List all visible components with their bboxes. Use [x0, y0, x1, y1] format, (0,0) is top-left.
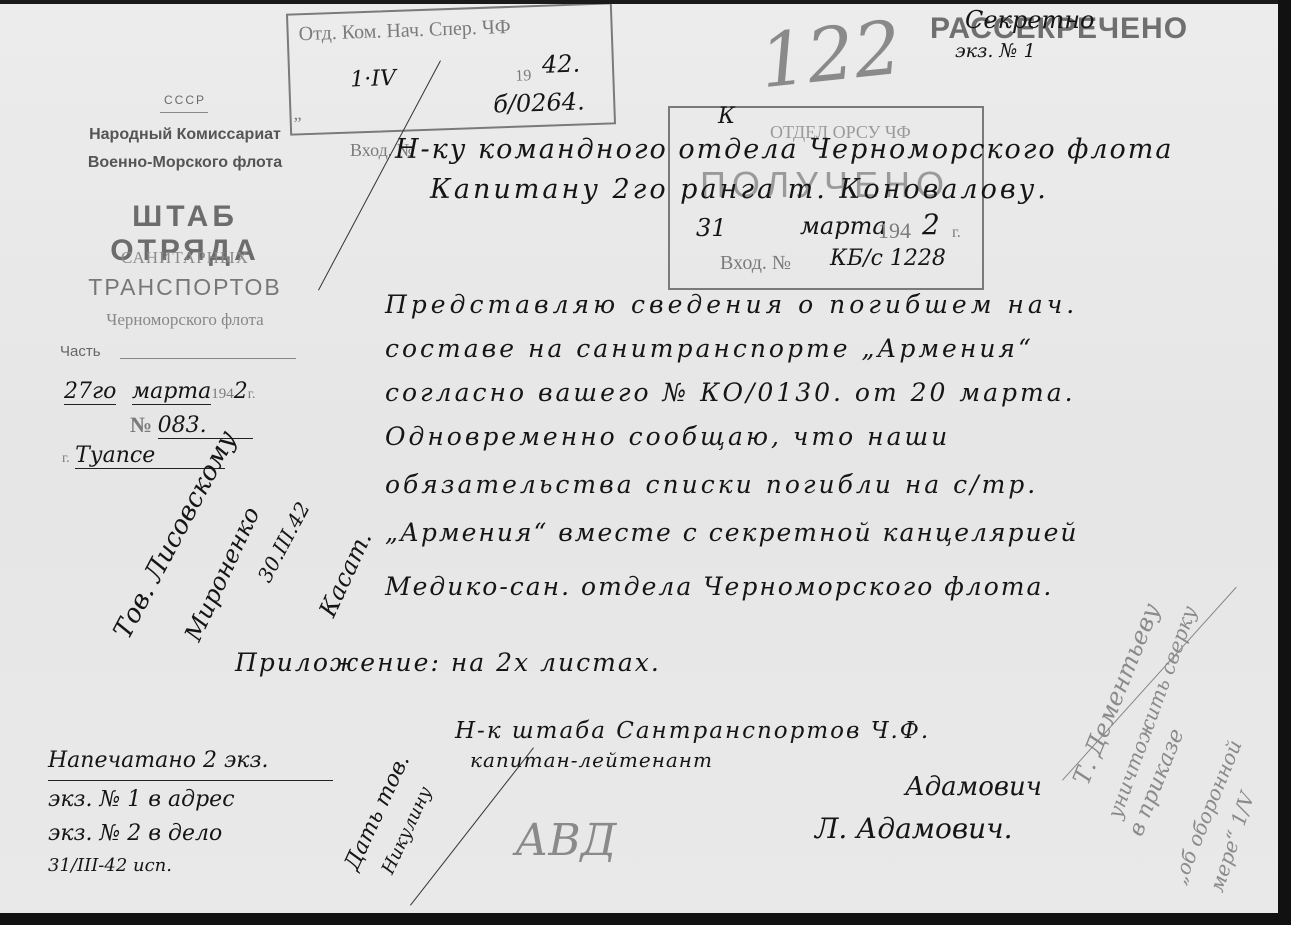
body-line: Представляю сведения о погибшем нач.: [385, 290, 1079, 334]
resolution-date: 30.III.42: [253, 498, 315, 586]
resolution-sign: Касат.: [314, 527, 378, 621]
document-page: 122 РАССЕКРЕЧЕНО Секретно экз. № 1 СССР …: [0, 0, 1278, 913]
date-year-suffix: 2: [234, 379, 248, 404]
stamp-b-year: 2: [922, 208, 940, 241]
attachment-note: Приложение: на 2х листах.: [235, 648, 661, 677]
signature-rank: капитан-лейтенант: [470, 748, 713, 772]
letterhead-black-sea-fleet: Черноморского флота: [60, 310, 310, 330]
body-line: Медико-сан. отдела Черноморского флота.: [385, 572, 1079, 626]
stamp-b-year-prefix: 194: [878, 218, 911, 244]
stamp-b-in-label: Вход. №: [720, 252, 791, 275]
stamp-b-number: КБ/с 1228: [830, 246, 946, 271]
secret-mark: Секретно: [965, 6, 1094, 34]
letter-date: 27го марта1942г.: [64, 378, 255, 404]
part-field-line: [120, 358, 296, 359]
date-day: 27го: [64, 379, 116, 405]
letterhead-commissariat: Народный Комиссариат: [60, 126, 310, 144]
distribution-block: Напечатано 2 экз. экз. № 1 в адрес экз. …: [48, 748, 333, 885]
date-year-label: г.: [248, 387, 256, 402]
scan-border-right: [1278, 0, 1291, 925]
letterhead-transports: ТРАНСПОРТОВ: [60, 274, 310, 301]
letter-body: Представляю сведения о погибшем нач. сос…: [385, 290, 1079, 626]
stamp-a-year-prefix: 19: [515, 67, 532, 86]
letterhead-country: СССР: [60, 93, 310, 107]
letterhead-navy: Военно-Морского флота: [60, 154, 310, 172]
body-line: обязательства списки погибли на с/тр.: [385, 470, 1079, 518]
scan-border-bottom: [0, 913, 1291, 925]
distribution-line: экз. № 2 в дело: [48, 821, 333, 855]
stamp-b-mark: К: [718, 104, 735, 129]
incoming-stamp-a: Отд. Ком. Нач. Спер. ЧФ „ 1·IV 19 42. б/…: [286, 2, 616, 135]
stamp-a-number: б/0264.: [493, 87, 585, 118]
letterhead-sanitary: САНИТАРНЫХ: [60, 248, 310, 268]
body-line: согласно вашего № КО/0130. от 20 марта.: [385, 378, 1079, 422]
stamp-a-year: 42.: [541, 50, 580, 79]
letterhead-part-label: Часть: [60, 343, 101, 360]
date-month: марта: [132, 379, 211, 405]
number-label: №: [130, 412, 152, 437]
letterhead-divider: [160, 112, 208, 113]
stamp-b-year-label: г.: [952, 224, 961, 242]
distribution-line: экз. № 1 в адрес: [48, 787, 333, 821]
copy-number: экз. № 1: [955, 40, 1036, 62]
stamp-a-date: 1·IV: [350, 66, 396, 93]
signature-name: Адамович: [905, 772, 1042, 802]
addressee-line-2: Капитану 2го ранга т. Коновалову.: [430, 174, 1049, 205]
stamp-a-department: Отд. Ком. Нач. Спер. ЧФ: [298, 16, 511, 46]
date-year-prefix: 194: [211, 386, 234, 402]
stamp-b-month: марта: [800, 212, 887, 240]
stamp-b-day: 31: [696, 214, 727, 242]
signature-signed: Л. Адамович.: [815, 812, 1013, 845]
city-label: г.: [62, 451, 70, 466]
addressee-line-1: Н-ку командного отдела Черноморского фло…: [395, 134, 1174, 165]
distribution-line: Напечатано 2 экз.: [48, 748, 333, 781]
body-line: Одновременно сообщаю, что наши: [385, 422, 1079, 470]
scan-border-top: [0, 0, 1291, 4]
body-line: составе на санитранспорте „Армения“: [385, 334, 1079, 378]
signature-title: Н-к штаба Сантранспортов Ч.Ф.: [455, 718, 930, 744]
distribution-line: 31/III-42 исп.: [48, 855, 333, 885]
pencil-signature: АВД: [515, 815, 616, 866]
archive-number: 122: [756, 5, 905, 105]
number-value: 083.: [158, 413, 253, 439]
body-line: „Армения“ вместе с секретной канцелярией: [385, 518, 1079, 572]
stamp-a-quote: „: [293, 103, 302, 124]
